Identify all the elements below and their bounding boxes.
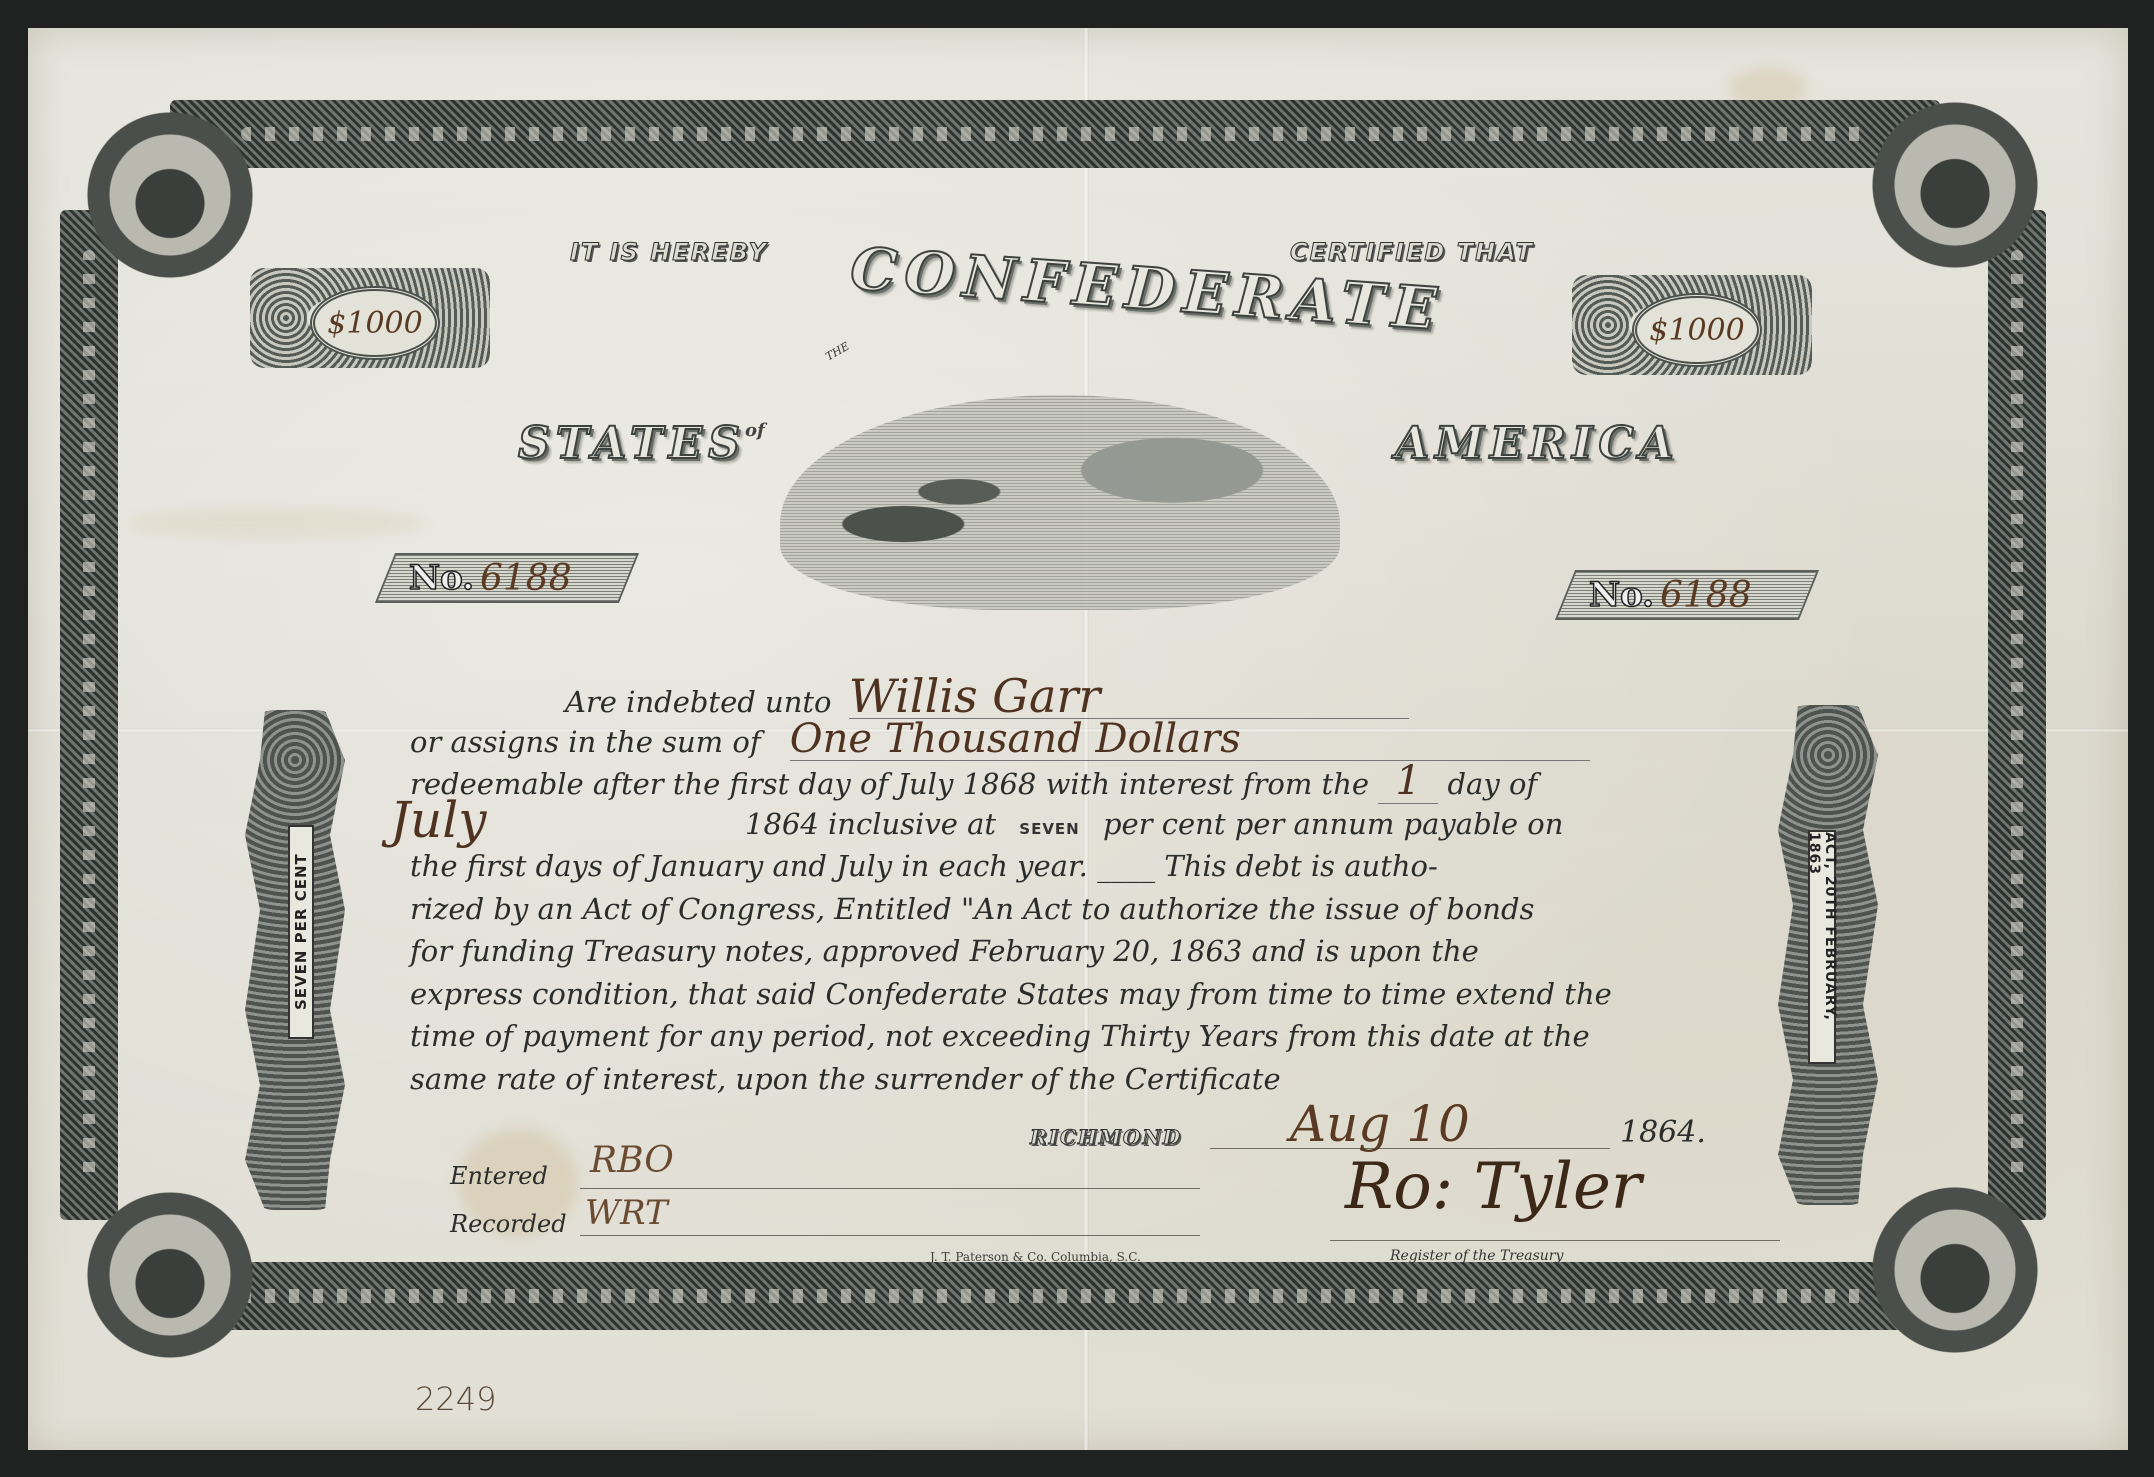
body-text-fragment: per cent per annum payable on	[1103, 807, 1564, 841]
interest-start-day: 1	[1378, 760, 1438, 804]
body-line: for funding Treasury notes, approved Feb…	[410, 930, 1670, 973]
corner-ornament-top-left	[85, 110, 255, 280]
border-bottom-guilloche	[170, 1262, 1940, 1330]
header-left-caption: IT IS HEREBY	[570, 238, 768, 266]
denomination-amount-right: $1000	[1649, 313, 1744, 348]
body-text-fragment: redeemable after the first day of July 1…	[410, 767, 1369, 801]
corner-ornament-top-right	[1870, 100, 2040, 270]
certificate-body: Are indebted unto Willis Garr or assigns…	[410, 675, 1670, 1100]
border-top-guilloche	[170, 100, 1940, 168]
body-line: the first days of January and July in ea…	[410, 845, 1670, 888]
serial-banner-left: No. 6188	[375, 553, 639, 603]
recorded-label: Recorded	[450, 1210, 567, 1238]
side-label-seven-per-cent: SEVEN PER CENT	[288, 825, 314, 1039]
recorded-initials: WRT	[585, 1193, 668, 1233]
title-states: STATES	[518, 418, 746, 469]
title-america: AMERICA	[1395, 418, 1680, 469]
body-text-fragment: inclusive at	[828, 807, 996, 841]
interest-start-year: 1864	[745, 807, 819, 841]
register-signature: Ro: Tyler	[1345, 1150, 1641, 1224]
entered-label: Entered	[450, 1162, 548, 1190]
body-line: July 1864 inclusive at SEVEN per cent pe…	[410, 803, 1670, 846]
border-right-guilloche	[1988, 210, 2046, 1220]
body-line: redeemable after the first day of July 1…	[410, 760, 1670, 803]
interest-start-month: July	[390, 799, 486, 842]
register-title: Register of the Treasury	[1390, 1248, 1563, 1264]
serial-number-left: 6188	[480, 558, 572, 599]
denomination-cartouche-left: $1000	[250, 268, 490, 368]
interest-rate: SEVEN	[1019, 820, 1079, 838]
body-line: or assigns in the sum of One Thousand Do…	[410, 718, 1670, 761]
denomination-cartouche-right: $1000	[1572, 275, 1812, 375]
denomination-amount-left: $1000	[327, 306, 422, 341]
body-line: Are indebted unto Willis Garr	[410, 675, 1670, 718]
serial-prefix: No.	[409, 558, 474, 598]
body-line: rized by an Act of Congress, Entitled "A…	[410, 888, 1670, 931]
issue-date-handwritten: Aug 10	[1290, 1095, 1470, 1153]
body-text-fragment: Are indebted unto	[565, 685, 832, 719]
title-of: of	[745, 420, 765, 441]
header-right-caption: CERTIFIED THAT	[1290, 238, 1534, 266]
entered-line	[580, 1188, 1200, 1189]
body-line: time of payment for any period, not exce…	[410, 1015, 1670, 1058]
serial-banner-right: No. 6188	[1555, 570, 1819, 620]
corner-ornament-bottom-right	[1870, 1185, 2040, 1355]
serial-number-right: 6188	[1660, 575, 1752, 616]
issue-year: 1864.	[1620, 1115, 1706, 1150]
body-line: same rate of interest, upon the surrende…	[410, 1058, 1670, 1101]
entered-initials: RBO	[590, 1140, 674, 1181]
recorded-line	[580, 1235, 1200, 1236]
issue-place: RICHMOND	[1030, 1125, 1182, 1149]
border-left-guilloche	[60, 210, 118, 1220]
body-text-fragment: day of	[1447, 767, 1537, 801]
printer-imprint: J. T. Paterson & Co. Columbia, S.C.	[930, 1250, 1141, 1264]
payee-name: Willis Garr	[849, 675, 1409, 719]
corner-ornament-bottom-left	[85, 1190, 255, 1360]
sum-written: One Thousand Dollars	[790, 718, 1590, 762]
stain-mark	[128, 508, 428, 538]
margin-note-number: 2249	[415, 1380, 496, 1418]
signature-line	[1330, 1240, 1780, 1241]
side-label-act-date: ACT, 20TH FEBRUARY, 1863	[1808, 830, 1836, 1064]
serial-prefix: No.	[1589, 575, 1654, 615]
body-line: express condition, that said Confederate…	[410, 973, 1670, 1016]
body-text-fragment: or assigns in the sum of	[410, 725, 761, 759]
